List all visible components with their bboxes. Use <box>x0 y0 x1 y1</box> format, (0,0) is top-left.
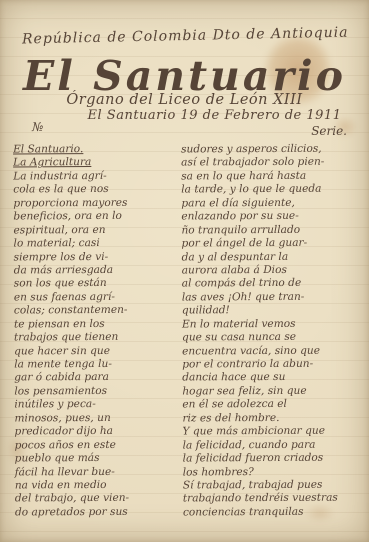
manuscript-line: Y que más ambicionar que <box>182 425 358 439</box>
manuscript-line: en sus faenas agrí- <box>14 290 182 304</box>
manuscript-line: riz es del hombre. <box>182 411 358 425</box>
manuscript-page: República de Colombia Dto de Antioquia E… <box>0 0 369 542</box>
manuscript-line: dancia hace que su <box>182 371 358 385</box>
manuscript-line: siempre los de vi- <box>14 250 182 264</box>
left-column: El Santuario.La AgriculturaLa industria … <box>13 143 183 520</box>
manuscript-line: na vida en medio <box>15 478 183 492</box>
manuscript-line: por el ángel de la guar- <box>182 237 358 251</box>
manuscript-line: quilidad! <box>182 304 358 318</box>
manuscript-line: en él se adolezca el <box>182 398 358 412</box>
manuscript-line: do apretados por sus <box>15 505 183 519</box>
manuscript-line: La industria agrí- <box>13 169 181 183</box>
manuscript-line: En lo material vemos <box>182 317 358 331</box>
issue-number-label: № <box>32 120 43 134</box>
manuscript-line: por el contrario la abun- <box>182 358 358 372</box>
manuscript-line: para el día siguiente, <box>181 196 357 210</box>
manuscript-line: sa en lo que hará hasta <box>181 169 357 183</box>
manuscript-line: pueblo que más <box>15 452 183 466</box>
manuscript-line: aurora alaba á Dios <box>182 263 358 277</box>
manuscript-line: los pensamientos <box>14 384 182 398</box>
country-line: República de Colombia Dto de Antioquia <box>22 25 352 48</box>
manuscript-line: los hombres? <box>183 465 359 479</box>
manuscript-line: son los que están <box>14 277 182 291</box>
manuscript-line: proporciona mayores <box>13 196 181 210</box>
manuscript-line: trabajando tendréis vuestras <box>183 492 359 506</box>
manuscript-line: Sí trabajad, trabajad pues <box>183 478 359 492</box>
manuscript-line: da más arriesgada <box>14 263 182 277</box>
manuscript-line: así el trabajador solo pien- <box>181 156 357 170</box>
manuscript-line: predicador dijo ha <box>14 425 182 439</box>
manuscript-line: hogar sea feliz, sin que <box>182 384 358 398</box>
manuscript-line: El Santuario. <box>13 143 181 157</box>
manuscript-line: las aves ¡Oh! que tran- <box>182 290 358 304</box>
manuscript-line: la mente tenga lu- <box>14 358 182 372</box>
manuscript-line: la tarde, y lo que le queda <box>181 183 357 197</box>
manuscript-line: del trabajo, que vien- <box>15 492 183 506</box>
manuscript-line: espiritual, ora en <box>13 223 181 237</box>
manuscript-line: la felicidad, cuando para <box>183 438 359 452</box>
manuscript-line: la felicidad fueron criados <box>183 452 359 466</box>
manuscript-line: enlazando por su sue- <box>181 210 357 224</box>
organ-line: Órgano del Liceo de León XIII <box>0 92 369 108</box>
manuscript-line: beneficios, ora en lo <box>13 210 181 224</box>
manuscript-line: encuentra vacía, sino que <box>182 344 358 358</box>
manuscript-line: te piensan en los <box>14 317 182 331</box>
manuscript-line: cola es la que nos <box>13 183 181 197</box>
manuscript-line: que hacer sin que <box>14 344 182 358</box>
right-column: sudores y asperos cilicios,así el trabaj… <box>181 143 359 520</box>
manuscript-line: colas; constantemen- <box>14 304 182 318</box>
manuscript-line: sudores y asperos cilicios, <box>181 143 357 157</box>
series-label: Serie. <box>311 124 347 138</box>
manuscript-line: La Agricultura <box>13 156 181 170</box>
manuscript-line: da y al despuntar la <box>182 250 358 264</box>
manuscript-line: inútiles y peca- <box>14 398 182 412</box>
manuscript-line: pocos años en este <box>15 438 183 452</box>
body-columns: El Santuario.La AgriculturaLa industria … <box>14 143 358 519</box>
manuscript-line: trabajos que tienen <box>14 331 182 345</box>
manuscript-line: minosos, pues, un <box>14 411 182 425</box>
manuscript-line: ño tranquilo arrullado <box>181 223 357 237</box>
manuscript-line: gar ó cabida para <box>14 371 182 385</box>
manuscript-line: lo material; casi <box>14 237 182 251</box>
manuscript-line: al compás del trino de <box>182 277 358 291</box>
manuscript-line: conciencias tranquilas <box>183 505 359 519</box>
manuscript-line: fácil ha llevar bue- <box>15 465 183 479</box>
manuscript-line: que su casa nunca se <box>182 331 358 345</box>
date-line: El Santuario 19 de Febrero de 1911 <box>30 108 369 123</box>
